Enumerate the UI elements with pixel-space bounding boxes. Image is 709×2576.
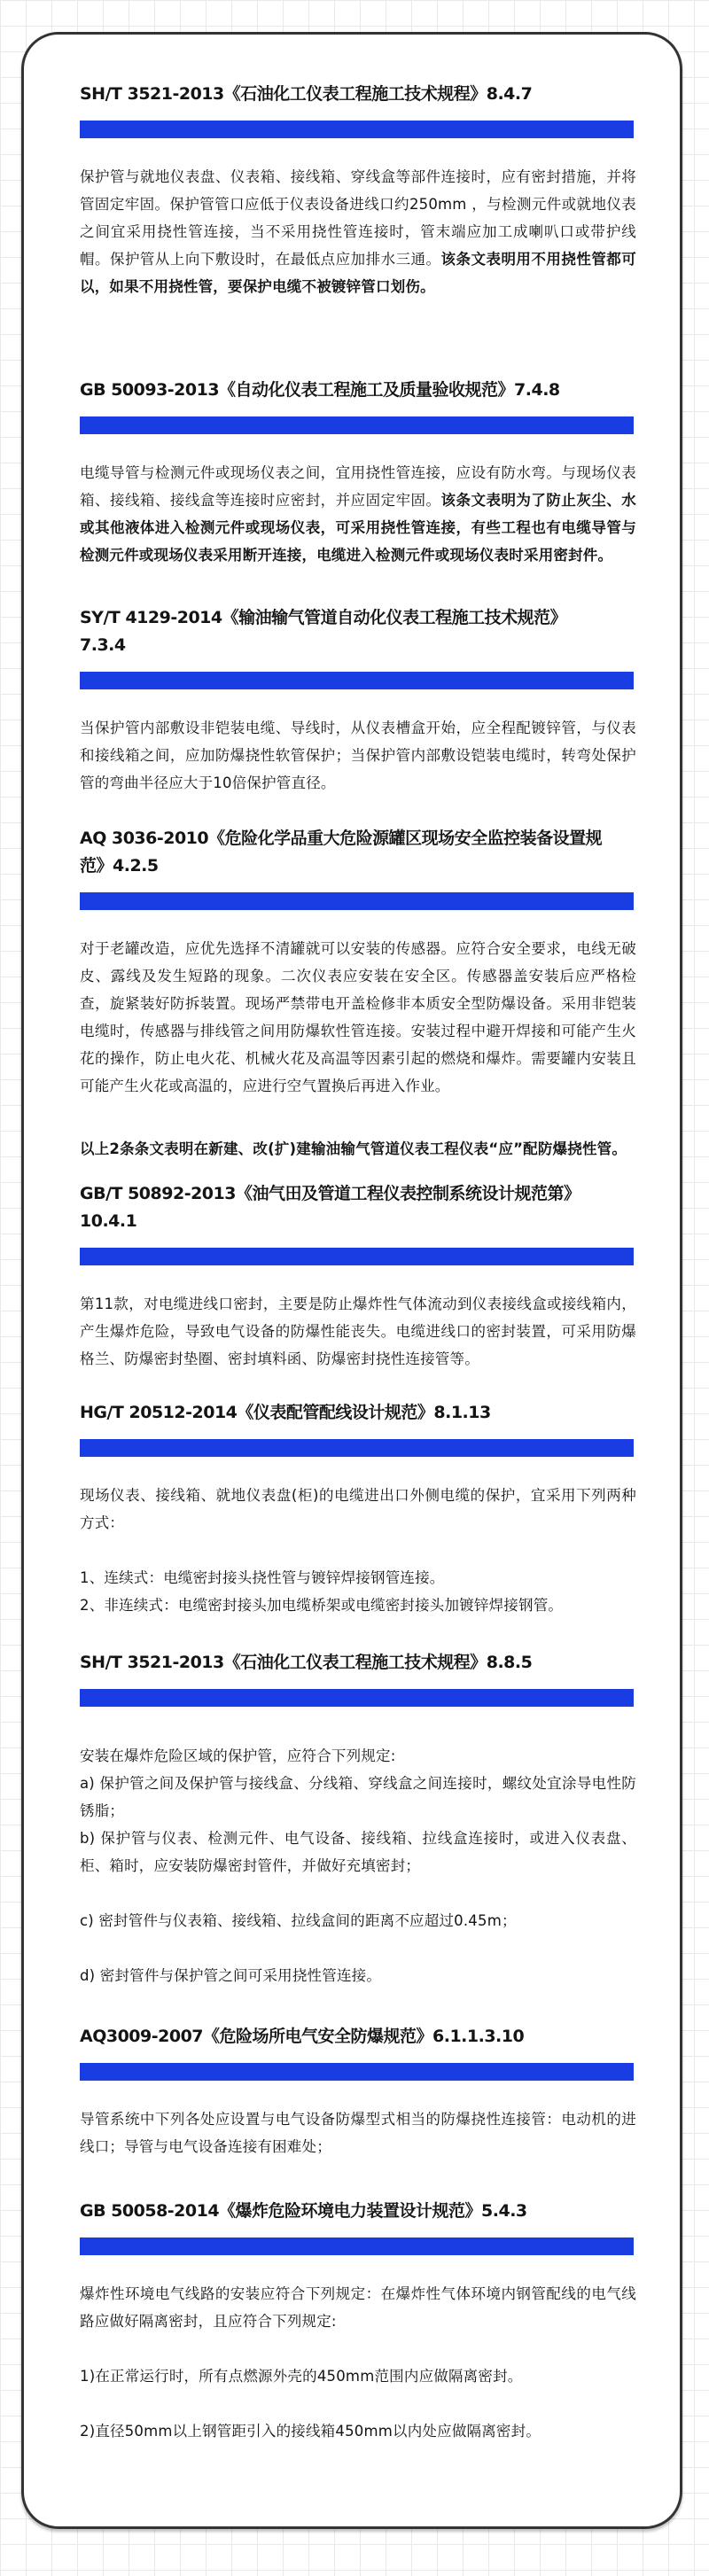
standard-section: HG/T 20512-2014《仪表配管配线设计规范》8.1.13 现场仪表、接… [80,1399,636,1619]
content-card: SH/T 3521-2013《石油化工仪表工程施工技术规程》8.4.7 保护管与… [21,32,682,2529]
standard-section: GB/T 50892-2013《油气田及管道工程仪表控制系统设计规范第》10.4… [80,1180,636,1373]
accent-divider [80,1439,634,1457]
section-title: AQ 3036-2010《危险化学品重大危险源罐区现场安全监控装备设置规范》4.… [80,825,612,880]
accent-divider [80,2237,634,2255]
section-intro: 现场仪表、接线箱、就地仪表盘(柜)的电缆进出口外侧电缆的保护，宜采用下列两种方式… [80,1482,636,1537]
accent-divider [80,1689,634,1707]
section-intro: 爆炸性环境电气线路的安装应符合下列规定：在爆炸性气体环境内钢管配线的电气线路应做… [80,2280,636,2335]
standard-section: AQ3009-2007《危险场所电气安全防爆规范》6.1.1.3.10 导管系统… [80,2023,636,2160]
accent-divider [80,892,634,910]
list-item: b) 保护管与仪表、检测元件、电气设备、接线箱、拉线盒连接时，或进入仪表盘、柜、… [80,1825,636,1879]
section-title: GB 50058-2014《爆炸危险环境电力装置设计规范》5.4.3 [80,2198,636,2225]
section-paragraph: 第11款，对电缆进线口密封，主要是防止爆炸性气体流动到仪表接线盒或接线箱内，产生… [80,1290,636,1373]
standard-section: GB 50058-2014《爆炸危险环境电力装置设计规范》5.4.3 爆炸性环境… [80,2198,636,2445]
paragraph-text: 当保护管内部敷设非铠装电缆、导线时，从仪表槽盒开始，应全程配镀锌管，与仪表和接线… [80,720,636,791]
standard-section: SH/T 3521-2013《石油化工仪表工程施工技术规程》8.4.7 保护管与… [80,81,636,300]
summary-emphasis: 以上2条条文表明在新建、改(扩)建输油输气管道仪表工程仪表“应”配防爆挠性管。 [80,1140,627,1157]
accent-divider [80,121,634,138]
section-summary: 以上2条条文表明在新建、改(扩)建输油输气管道仪表工程仪表“应”配防爆挠性管。 [80,1135,636,1163]
list-item: 1)在正常运行时，所有点燃源外壳的450mm范围内应做隔离密封。 [80,2362,636,2390]
section-paragraph: 对于老罐改造，应优先选择不清罐就可以安装的传感器。应符合安全要求，电线无破皮、露… [80,935,636,1100]
accent-divider [80,672,634,689]
accent-divider [80,2063,634,2081]
section-title: SH/T 3521-2013《石油化工仪表工程施工技术规程》8.8.5 [80,1649,636,1677]
standard-section: SH/T 3521-2013《石油化工仪表工程施工技术规程》8.8.5 安装在爆… [80,1649,636,1989]
list-item: 1、连续式：电缆密封接头挠性管与镀锌焊接钢管连接。 [80,1564,636,1592]
section-paragraph: 导管系统中下列各处应设置与电气设备防爆型式相当的防爆挠性连接管：电动机的进线口；… [80,2105,636,2160]
list-item: c) 密封管件与仪表箱、接线箱、拉线盒间的距离不应超过0.45m； [80,1907,636,1934]
article-body: SH/T 3521-2013《石油化工仪表工程施工技术规程》8.4.7 保护管与… [80,81,636,2445]
accent-divider [80,1248,634,1265]
section-intro: 安装在爆炸危险区域的保护管，应符合下列规定: [80,1742,636,1770]
section-paragraph: 保护管与就地仪表盘、仪表箱、接线箱、穿线盒等部件连接时，应有密封措施，并将管固定… [80,163,636,300]
accent-divider [80,416,634,434]
section-title: SY/T 4129-2014《输油输气管道自动化仪表工程施工技术规范》7.3.4 [80,604,612,659]
standard-section: AQ 3036-2010《危险化学品重大危险源罐区现场安全监控装备设置规范》4.… [80,825,636,1163]
section-title: HG/T 20512-2014《仪表配管配线设计规范》8.1.13 [80,1399,636,1427]
list-item: d) 密封管件与保护管之间可采用挠性管连接。 [80,1962,636,1989]
section-title: AQ3009-2007《危险场所电气安全防爆规范》6.1.1.3.10 [80,2023,636,2051]
paragraph-text: 第11款，对电缆进线口密封，主要是防止爆炸性气体流动到仪表接线盒或接线箱内，产生… [80,1296,636,1367]
section-title: GB/T 50892-2013《油气田及管道工程仪表控制系统设计规范第》10.4… [80,1180,620,1235]
standard-section: SY/T 4129-2014《输油输气管道自动化仪表工程施工技术规范》7.3.4… [80,604,636,797]
section-title: GB 50093-2013《自动化仪表工程施工及质量验收规范》7.4.8 [80,377,636,404]
section-paragraph: 当保护管内部敷设非铠装电缆、导线时，从仪表槽盒开始，应全程配镀锌管，与仪表和接线… [80,714,636,797]
paragraph-text: 导管系统中下列各处应设置与电气设备防爆型式相当的防爆挠性连接管：电动机的进线口；… [80,2111,636,2155]
list-item: 2、非连续式：电缆密封接头加电缆桥架或电缆密封接头加镀锌焊接钢管。 [80,1592,636,1619]
section-title: SH/T 3521-2013《石油化工仪表工程施工技术规程》8.4.7 [80,81,636,108]
list-item: 2)直径50mm以上钢管距引入的接线箱450mm以内处应做隔离密封。 [80,2417,636,2445]
standard-section: GB 50093-2013《自动化仪表工程施工及质量验收规范》7.4.8 电缆导… [80,377,636,569]
section-paragraph: 电缆导管与检测元件或现场仪表之间，宜用挠性管连接，应设有防水弯。与现场仪表箱、接… [80,459,636,569]
list-item: a) 保护管之间及保护管与接线盒、分线箱、穿线盒之间连接时，螺纹处宜涂导电性防锈… [80,1770,636,1825]
paragraph-text: 对于老罐改造，应优先选择不清罐就可以安装的传感器。应符合安全要求，电线无破皮、露… [80,940,636,1094]
